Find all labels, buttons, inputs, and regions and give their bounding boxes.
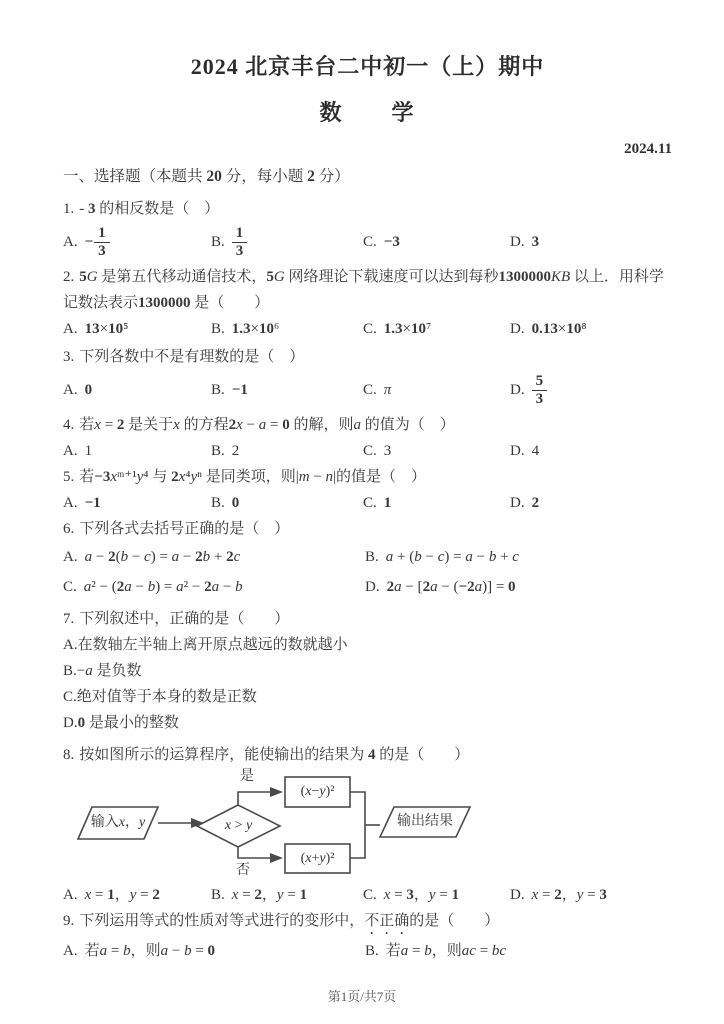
flowchart-top-box-label: (x−y)² xyxy=(285,777,350,807)
question-9-options: A.若a = b，则a − b = 0 B.若a = b，则ac = bc xyxy=(63,938,672,964)
fraction: 13 xyxy=(94,225,110,260)
option-label: D. xyxy=(510,490,525,516)
question-4-options: A.1 B.2 C.3 D.4 xyxy=(63,438,672,464)
option-label: D. xyxy=(365,574,380,600)
section-heading: 一、选择题（本题共 20 分，每小题 2 分） xyxy=(63,166,672,188)
option-value: a − 2(b − c) = a − 2b + 2c xyxy=(85,544,241,570)
option-value: 0 是最小的整数 xyxy=(78,715,179,731)
option-label: D. xyxy=(63,715,78,731)
option-b: B.0 xyxy=(211,490,239,516)
option-label: A. xyxy=(63,938,78,964)
option-c: C.1.3×10⁷ xyxy=(363,316,431,342)
option-d: D.x = 2，y = 3 xyxy=(510,882,607,908)
option-value: −a 是负数 xyxy=(77,663,142,679)
option-value: 13×10⁵ xyxy=(85,316,129,342)
exam-page: 2024 北京丰台二中初一（上）期中 数 学 2024.11 一、选择题（本题共… xyxy=(0,0,724,1024)
question-text: 下列各式去括号正确的是（ ） xyxy=(79,521,289,537)
question-number: 3. xyxy=(63,349,74,365)
question-6-options-row2: C.a² − (2a − b) = a² − 2a − b D.2a − [2a… xyxy=(63,572,672,602)
option-label: C. xyxy=(363,377,377,403)
option-value: 1 xyxy=(85,438,93,464)
flowchart-bottom-box-label: (x+y)² xyxy=(285,844,350,873)
option-value: a + (b − c) = a − b + c xyxy=(386,544,519,570)
option-value: −3 xyxy=(384,229,400,255)
question-3-stem: 3.下列各数中不是有理数的是（ ） xyxy=(63,344,672,370)
option-d: D.0.13×10⁸ xyxy=(510,316,587,342)
fraction-numerator: 1 xyxy=(94,225,110,243)
option-label: A. xyxy=(63,490,78,516)
question-text: 若−3xᵐ⁺¹y⁴ 与 2x⁴yⁿ 是同类项，则|m − n|的值是（ ） xyxy=(79,469,426,485)
option-b: B.a + (b − c) = a − b + c xyxy=(365,542,519,572)
question-7-stem: 7.下列叙述中，正确的是（ ） xyxy=(63,606,672,632)
option-value: a² − (2a − b) = a² − 2a − b xyxy=(84,574,243,600)
option-c: C.−3 xyxy=(363,222,400,262)
question-text: 下列叙述中，正确的是（ ） xyxy=(79,611,289,627)
option-c: C.a² − (2a − b) = a² − 2a − b xyxy=(63,572,243,602)
option-label: B. xyxy=(211,882,225,908)
page-footer: 第1页/共7页 xyxy=(0,984,724,1010)
question-number: 7. xyxy=(63,611,74,627)
question-8-options: A.x = 1，y = 2 B.x = 2，y = 1 C.x = 3，y = … xyxy=(63,882,672,908)
option-value: 0.13×10⁸ xyxy=(532,316,587,342)
option-b: B.−1 xyxy=(211,370,248,410)
option-a: A.−13 xyxy=(63,222,110,262)
arrowhead-icon xyxy=(270,787,283,797)
option-label: B. xyxy=(211,490,225,516)
option-a: A.1 xyxy=(63,438,92,464)
option-c: C.绝对值等于本身的数是正数 xyxy=(63,684,672,710)
fraction-denominator: 3 xyxy=(94,243,110,260)
option-label: B. xyxy=(211,377,225,403)
option-d: D.3 xyxy=(510,222,539,262)
fraction-numerator: 1 xyxy=(232,225,248,243)
page-content: 2024 北京丰台二中初一（上）期中 数 学 2024.11 一、选择题（本题共… xyxy=(0,0,724,964)
question-number: 6. xyxy=(63,521,74,537)
option-b: B.2 xyxy=(211,438,239,464)
option-label: A. xyxy=(63,316,78,342)
option-value: 4 xyxy=(532,438,540,464)
minus-sign: − xyxy=(85,229,94,255)
question-9-stem: 9.下列运用等式的性质对等式进行的变形中，不正确的是（ ） xyxy=(63,908,672,938)
option-label: A. xyxy=(63,229,78,255)
option-b: B.若a = b，则ac = bc xyxy=(365,938,506,964)
page-title: 2024 北京丰台二中初一（上）期中 xyxy=(63,52,672,82)
flowchart-output-label: 输出结果 xyxy=(380,807,470,837)
option-label: C. xyxy=(363,316,377,342)
subject-title: 数 学 xyxy=(63,98,672,128)
question-number: 1. xyxy=(63,201,74,217)
option-value: 3 xyxy=(532,229,540,255)
option-label: B. xyxy=(365,938,379,964)
option-d: D.2a − [2a − (−2a)] = 0 xyxy=(365,572,516,602)
option-value: 1.3×10⁷ xyxy=(384,316,431,342)
fraction-denominator: 3 xyxy=(232,243,248,260)
option-label: A. xyxy=(63,377,78,403)
option-label: A. xyxy=(63,637,78,653)
option-b: B.−a 是负数 xyxy=(63,658,672,684)
option-label: C. xyxy=(363,229,377,255)
option-a: A.−1 xyxy=(63,490,101,516)
option-value: 若a = b，则ac = bc xyxy=(386,938,506,964)
question-text: 按如图所示的运算程序，能使输出的结果为 4 的是（ ） xyxy=(79,747,469,763)
option-value: x = 2，y = 3 xyxy=(532,882,607,908)
question-number: 9. xyxy=(63,913,74,929)
flowchart-merge-line xyxy=(350,792,365,858)
option-label: C. xyxy=(363,882,377,908)
question-text: 下列各数中不是有理数的是（ ） xyxy=(79,349,304,365)
option-label: C. xyxy=(363,438,377,464)
option-b: B.13 xyxy=(211,222,247,262)
fraction: 13 xyxy=(232,225,248,260)
option-d: D.2 xyxy=(510,490,539,516)
question-number: 2. xyxy=(63,269,74,285)
question-number: 5. xyxy=(63,469,74,485)
flowchart-yes-branch-line xyxy=(238,792,271,805)
option-label: A. xyxy=(63,438,78,464)
question-number: 8. xyxy=(63,747,74,763)
option-label: A. xyxy=(63,544,78,570)
option-value: 2 xyxy=(532,490,540,516)
option-label: B. xyxy=(365,544,379,570)
option-label: C. xyxy=(363,490,377,516)
option-value: 在数轴左半轴上离开原点越远的数就越小 xyxy=(78,637,348,653)
option-value: x = 3，y = 1 xyxy=(384,882,459,908)
option-value: 2 xyxy=(232,438,240,464)
option-c: C.x = 3，y = 1 xyxy=(363,882,459,908)
question-text: 5G 是第五代移动通信技术，5G 网络理论下载速度可以达到每秒1300000KB… xyxy=(63,269,664,311)
option-c: C.π xyxy=(363,370,391,410)
option-c: C.1 xyxy=(363,490,391,516)
question-text: - 3 的相反数是（ ） xyxy=(79,201,219,217)
option-value: 2a − [2a − (−2a)] = 0 xyxy=(387,574,516,600)
option-d: D.4 xyxy=(510,438,539,464)
flowchart-diagram: 输入x，y x > y 是 否 (x−y)² (x+y)² 输出结果 xyxy=(68,770,513,882)
option-value: 若a = b，则a − b = 0 xyxy=(85,938,215,964)
option-a: A.13×10⁵ xyxy=(63,316,128,342)
option-value: −1 xyxy=(85,490,101,516)
option-c: C.3 xyxy=(363,438,391,464)
option-value: 0 xyxy=(85,377,93,403)
flowchart-input-label: 输入x，y xyxy=(78,807,158,839)
flowchart-condition-label: x > y xyxy=(197,805,280,847)
option-d: D.0 是最小的整数 xyxy=(63,710,672,736)
question-6-options-row1: A.a − 2(b − c) = a − 2b + 2c B.a + (b − … xyxy=(63,542,672,572)
question-text: 若x = 2 是关于x 的方程2x − a = 0 的解，则a 的值为（ ） xyxy=(79,417,455,433)
exam-date: 2024.11 xyxy=(63,140,672,158)
option-value: 1 xyxy=(384,490,392,516)
option-a: A.x = 1，y = 2 xyxy=(63,882,160,908)
question-5-stem: 5.若−3xᵐ⁺¹y⁴ 与 2x⁴yⁿ 是同类项，则|m − n|的值是（ ） xyxy=(63,464,672,490)
option-label: B. xyxy=(211,438,225,464)
option-a: A.若a = b，则a − b = 0 xyxy=(63,938,215,964)
question-number: 4. xyxy=(63,417,74,433)
flowchart-yes-label: 是 xyxy=(232,768,262,786)
option-label: C. xyxy=(63,689,77,705)
option-a: A.0 xyxy=(63,370,92,410)
option-b: B.1.3×10⁶ xyxy=(211,316,279,342)
option-value: π xyxy=(384,377,392,403)
option-d: D.53 xyxy=(510,370,547,410)
option-value: 绝对值等于本身的数是正数 xyxy=(77,689,257,705)
option-value: x = 1，y = 2 xyxy=(85,882,160,908)
question-text-emphasized: 不正确 xyxy=(364,913,409,929)
question-8-stem: 8.按如图所示的运算程序，能使输出的结果为 4 的是（ ） xyxy=(63,742,672,768)
option-label: A. xyxy=(63,882,78,908)
question-5-options: A.−1 B.0 C.1 D.2 xyxy=(63,490,672,516)
flowchart-no-branch-line xyxy=(238,847,271,858)
fraction-numerator: 5 xyxy=(532,373,548,391)
option-value: 1.3×10⁶ xyxy=(232,316,279,342)
option-value: −1 xyxy=(232,377,248,403)
option-label: D. xyxy=(510,882,525,908)
option-a: A.a − 2(b − c) = a − 2b + 2c xyxy=(63,542,240,572)
option-b: B.x = 2，y = 1 xyxy=(211,882,307,908)
question-3-options: A.0 B.−1 C.π D.53 xyxy=(63,370,672,410)
option-a: A.在数轴左半轴上离开原点越远的数就越小 xyxy=(63,632,672,658)
question-6-stem: 6.下列各式去括号正确的是（ ） xyxy=(63,516,672,542)
question-1-options: A.−13 B.13 C.−3 D.3 xyxy=(63,222,672,262)
option-value: x = 2，y = 1 xyxy=(232,882,307,908)
option-label: B. xyxy=(211,229,225,255)
question-4-stem: 4.若x = 2 是关于x 的方程2x − a = 0 的解，则a 的值为（ ） xyxy=(63,412,672,438)
arrowhead-icon xyxy=(270,853,283,863)
question-2-stem: 2.5G 是第五代移动通信技术，5G 网络理论下载速度可以达到每秒1300000… xyxy=(63,264,672,316)
question-text: 下列运用等式的性质对等式进行的变形中， xyxy=(79,913,364,929)
option-label: B. xyxy=(211,316,225,342)
flowchart-no-label: 否 xyxy=(228,862,258,880)
question-2-options: A.13×10⁵ B.1.3×10⁶ C.1.3×10⁷ D.0.13×10⁸ xyxy=(63,316,672,342)
question-1-stem: 1.- 3 的相反数是（ ） xyxy=(63,196,672,222)
option-label: B. xyxy=(63,663,77,679)
option-value: 0 xyxy=(232,490,240,516)
fraction-denominator: 3 xyxy=(532,391,548,408)
option-label: D. xyxy=(510,377,525,403)
fraction: 53 xyxy=(532,373,548,408)
option-label: D. xyxy=(510,438,525,464)
option-label: D. xyxy=(510,316,525,342)
option-label: C. xyxy=(63,574,77,600)
question-text: 的是（ ） xyxy=(409,913,499,929)
option-label: D. xyxy=(510,229,525,255)
option-value: 3 xyxy=(384,438,392,464)
